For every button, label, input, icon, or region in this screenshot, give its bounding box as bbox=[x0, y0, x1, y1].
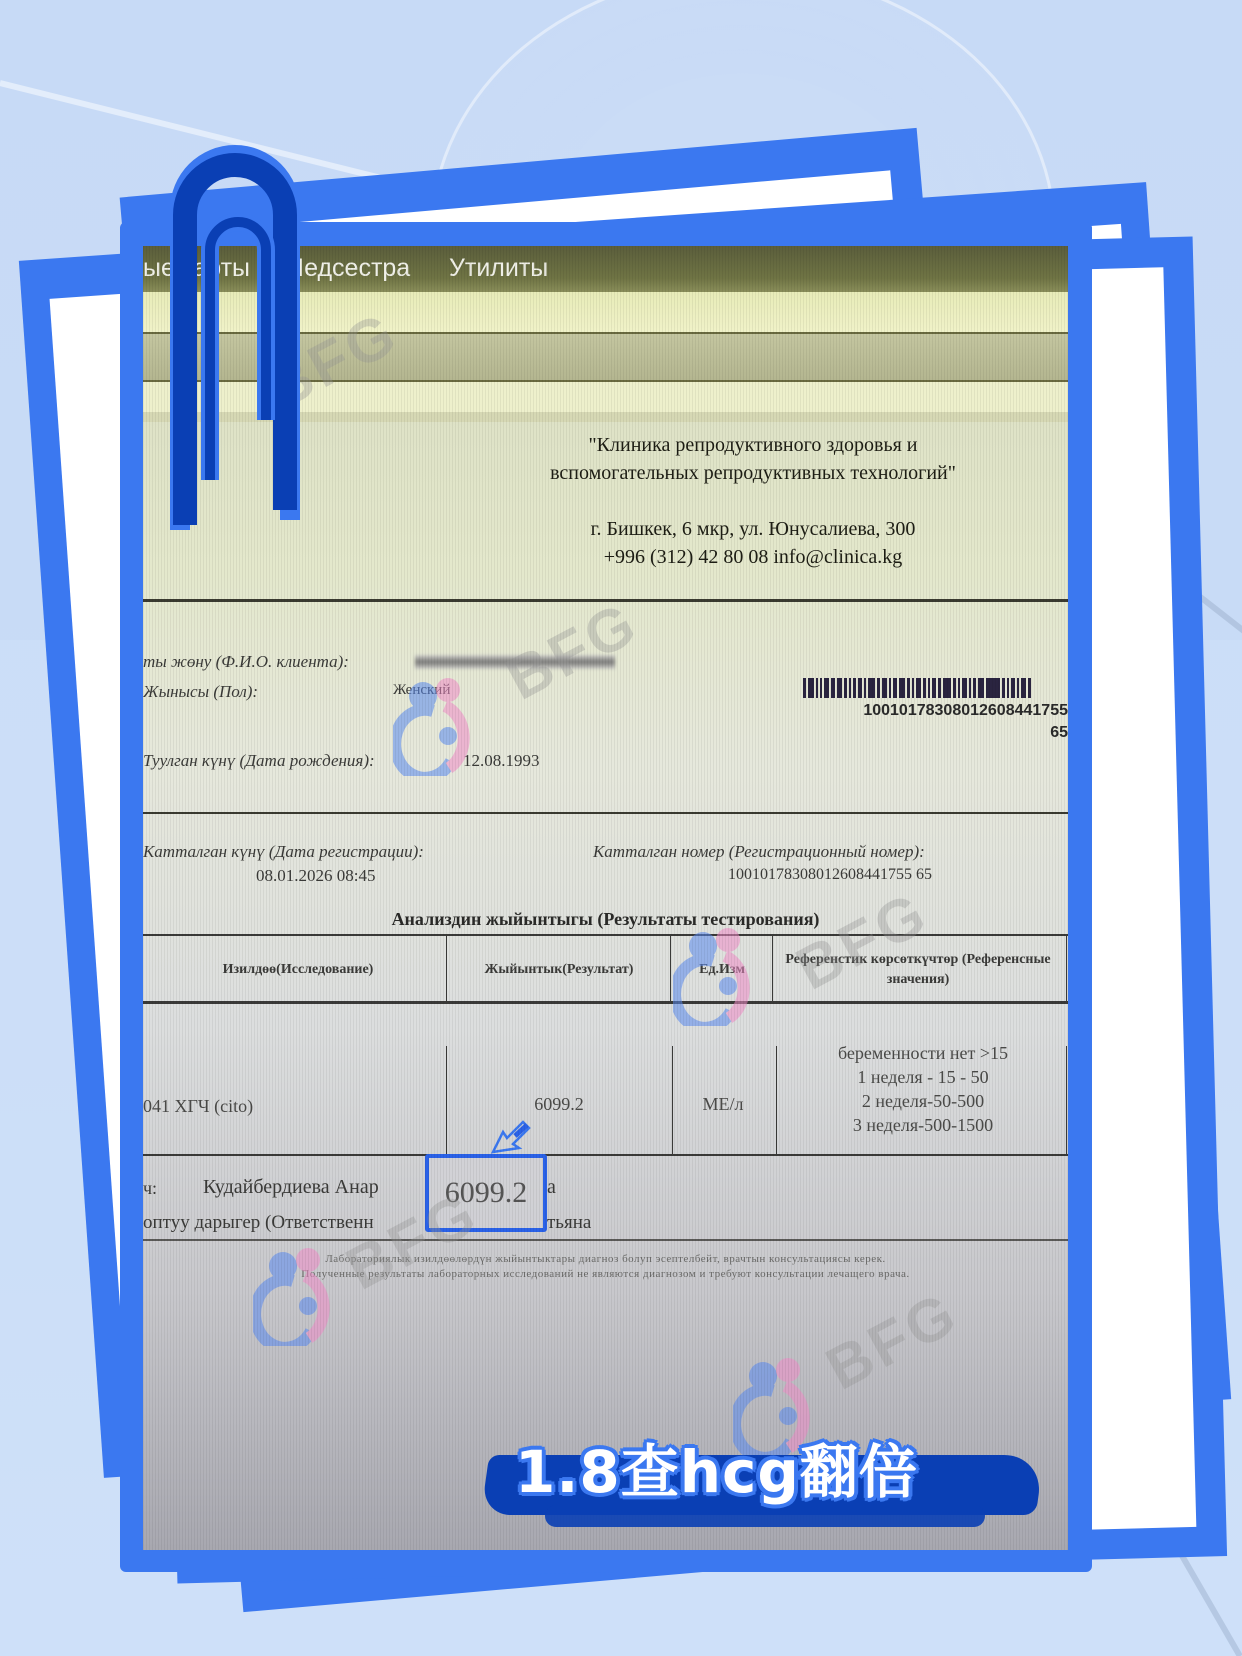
clinic-address: г. Бишкек, 6 мкр, ул. Юнусалиева, 300 bbox=[473, 515, 1033, 543]
row-result: 6099.2 bbox=[448, 1094, 670, 1115]
responsible-doctor-suffix: тьяна bbox=[547, 1212, 591, 1234]
row-test: 041 ХГЧ (cito) bbox=[143, 1096, 253, 1117]
doctor-name-suffix: а bbox=[547, 1176, 556, 1199]
doctor-label: ч: bbox=[143, 1178, 157, 1199]
dob-label: Туулган күнү (Дата рождения): bbox=[143, 751, 375, 771]
barcode-number: 10010178308012608441755 bbox=[863, 702, 1068, 720]
patient-divider bbox=[143, 812, 1068, 814]
footer-divider bbox=[143, 1239, 1068, 1241]
banner-title: 1.8查hcg翻倍 bbox=[515, 1425, 918, 1509]
clinic-contact: +996 (312) 42 80 08 info@clinica.kg bbox=[473, 543, 1033, 571]
registration-number-label: Катталган номер (Регистрационный номер): bbox=[593, 842, 925, 862]
table-col-divider bbox=[670, 934, 671, 1002]
doctor-name: Кудайбердиева Анар bbox=[203, 1176, 379, 1199]
table-col-divider bbox=[772, 934, 773, 1002]
table-col-divider bbox=[446, 1046, 447, 1154]
reference-line: 2 неделя-50-500 bbox=[783, 1089, 1063, 1113]
registration-date-value: 08.01.2026 08:45 bbox=[256, 866, 375, 886]
title-banner: 1.8查hcg翻倍 bbox=[485, 1425, 1045, 1530]
barcode bbox=[803, 678, 1068, 698]
watermark-logo: BFG bbox=[495, 587, 650, 713]
registration-date-label: Катталган күнү (Дата регистрации): bbox=[143, 842, 424, 862]
sex-label: Жынысы (Пол): bbox=[143, 682, 258, 702]
paperclip-icon bbox=[150, 120, 320, 540]
reference-line: 1 неделя - 15 - 50 bbox=[783, 1065, 1063, 1089]
client-name-label: ты жөну (Ф.И.О. клиента): bbox=[143, 652, 349, 672]
table-col-divider bbox=[776, 1046, 777, 1154]
clinic-name-line2: вспомогательных репродуктивных технологи… bbox=[473, 459, 1033, 487]
header-result: Жыйынтык(Результат) bbox=[448, 962, 670, 978]
table-header-bottom-border bbox=[143, 1001, 1068, 1004]
arrow-icon bbox=[489, 1116, 533, 1156]
reference-line: беременности нет >15 bbox=[783, 1041, 1063, 1065]
clinic-name-line1: "Клиника репродуктивного здоровья и bbox=[473, 431, 1033, 459]
clinic-header: "Клиника репродуктивного здоровья и вспо… bbox=[473, 431, 1033, 571]
watermark-family-icon bbox=[673, 926, 763, 1026]
row-unit: МЕ/л bbox=[672, 1094, 774, 1115]
menu-item-utilities[interactable]: Утилиты bbox=[449, 254, 548, 283]
watermark-logo: BFG bbox=[815, 1277, 970, 1403]
row-reference: беременности нет >15 1 неделя - 15 - 50 … bbox=[783, 1041, 1063, 1137]
table-col-divider bbox=[446, 934, 447, 1002]
barcode-number-suffix: 65 bbox=[1050, 724, 1068, 742]
reference-line: 3 неделя-500-1500 bbox=[783, 1113, 1063, 1137]
watermark-family-icon bbox=[393, 676, 483, 776]
table-col-divider bbox=[1066, 1046, 1067, 1154]
watermark-family-icon bbox=[253, 1246, 343, 1346]
table-bottom-border bbox=[143, 1154, 1068, 1156]
responsible-doctor-label: оптуу дарыгер (Ответственн bbox=[143, 1212, 374, 1234]
table-col-divider bbox=[1066, 934, 1067, 1002]
header-test: Изилдөө(Исследование) bbox=[163, 962, 433, 978]
